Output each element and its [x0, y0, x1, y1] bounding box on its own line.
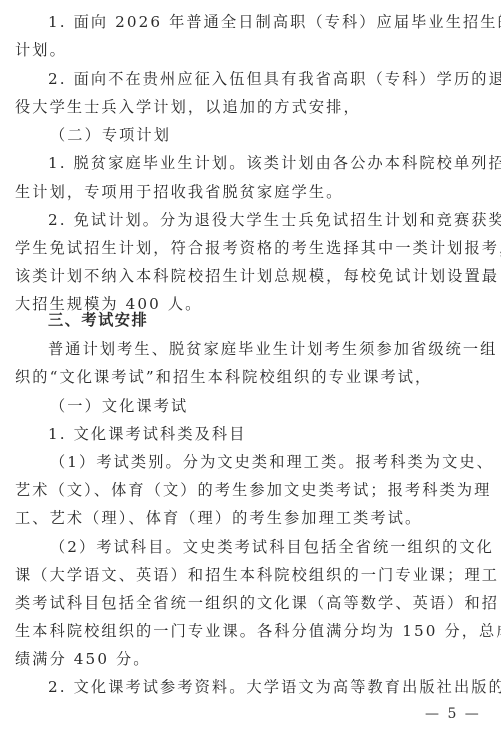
text-line: 绩满分 450 分。 [15, 649, 487, 669]
text-line: 课（大学语文、英语）和招生本科院校组织的一门专业课；理工 [15, 565, 487, 585]
section-subheading: （一）文化课考试 [50, 396, 501, 416]
page-number: — 5 — [425, 706, 481, 722]
text-line: 生本科院校组织的一门专业课。各科分值满分均为 150 分，总成 [15, 621, 487, 641]
text-line: （1）考试类别。分为文史类和理工类。报考科类为文史、 [50, 452, 501, 472]
text-line: 织的“文化课考试”和招生本科院校组织的专业课考试， [15, 367, 487, 387]
text-line: 生计划，专项用于招收我省脱贫家庭学生。 [15, 182, 487, 202]
text-line: 役大学生士兵入学计划，以追加的方式安排， [15, 97, 487, 117]
text-line: 2. 面向不在贵州应征入伍但具有我省高职（专科）学历的退 [48, 69, 488, 89]
text-line: 计划。 [15, 40, 487, 60]
text-line: 普通计划考生、脱贫家庭毕业生计划考生须参加省级统一组 [48, 339, 488, 359]
text-line: 工、艺术（理）、体育（理）的考生参加理工类考试。 [15, 508, 487, 528]
section-heading: 三、考试安排 [48, 310, 488, 330]
text-line: 类考试科目包括全省统一组织的文化课（高等数学、英语）和招 [15, 593, 487, 613]
document-page: 1. 面向 2026 年普通全日制高职（专科）应届毕业生招生的 计划。 2. 面… [0, 0, 501, 738]
text-line: 1. 面向 2026 年普通全日制高职（专科）应届毕业生招生的 [48, 12, 488, 32]
text-line: 2. 文化课考试参考资料。大学语文为高等教育出版社出版的 [48, 677, 488, 697]
text-line: 2. 免试计划。分为退役大学生士兵免试招生计划和竞赛获奖 [48, 210, 488, 230]
section-subheading: （二）专项计划 [50, 125, 501, 145]
text-line: 艺术（文）、体育（文）的考生参加文史类考试；报考科类为理 [15, 480, 487, 500]
text-line: （2）考试科目。文史类考试科目包括全省统一组织的文化 [50, 537, 501, 557]
text-line: 该类计划不纳入本科院校招生计划总规模，每校免试计划设置最 [15, 266, 487, 286]
text-line: 1. 文化课考试科类及科目 [48, 424, 488, 444]
text-line: 1. 脱贫家庭毕业生计划。该类计划由各公办本科院校单列招 [48, 153, 488, 173]
text-line: 学生免试招生计划，符合报考资格的考生选择其中一类计划报考， [15, 238, 487, 258]
